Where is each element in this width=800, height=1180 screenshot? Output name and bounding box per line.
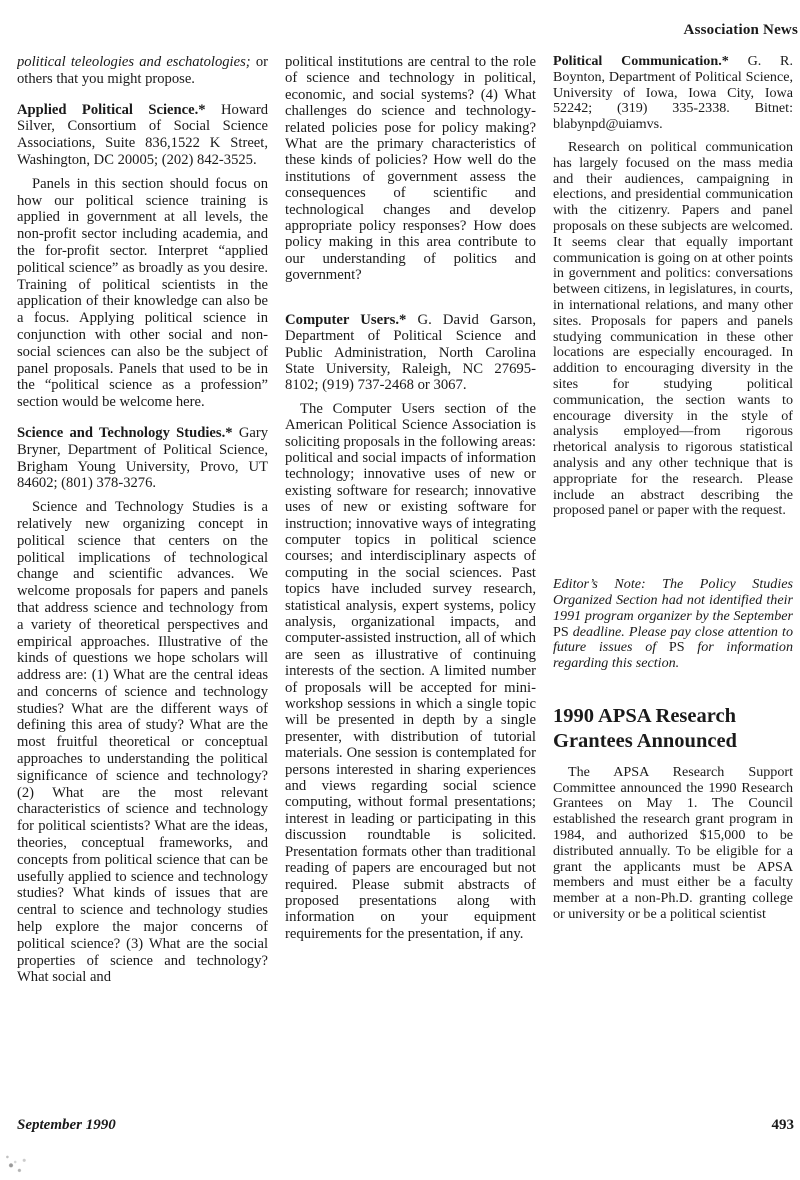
editors-note-text: Editor’s Note: The Policy Studies Organi… bbox=[553, 576, 793, 624]
scan-artifact bbox=[2, 1148, 32, 1176]
columns: political teleologies and eschatologies;… bbox=[17, 54, 793, 1112]
section-heading-political-communication: Political Communication.* G. R. Boynton,… bbox=[553, 54, 793, 133]
article-body: The APSA Research Support Committee anno… bbox=[553, 765, 793, 923]
journal-page: Association News political teleologies a… bbox=[0, 0, 800, 1180]
footer-page-number: 493 bbox=[772, 1117, 795, 1134]
section-title: Political Communication.* bbox=[553, 54, 729, 69]
editors-note: Editor’s Note: The Policy Studies Organi… bbox=[553, 577, 793, 672]
article-title: 1990 APSA Research Grantees Announced bbox=[553, 704, 793, 754]
applied-political-science-body: Panels in this section should focus on h… bbox=[17, 176, 268, 411]
section-title: Computer Users.* bbox=[285, 312, 406, 328]
science-technology-continued-body: political institutions are central to th… bbox=[285, 54, 536, 284]
political-communication-body: Research on political communication has … bbox=[553, 140, 793, 519]
section-heading-computer-users: Computer Users.* G. David Garson, Depart… bbox=[285, 312, 536, 394]
section-title: Applied Political Science.* bbox=[17, 102, 206, 118]
column-right: Political Communication.* G. R. Boynton,… bbox=[553, 54, 793, 1112]
column-left: political teleologies and eschatologies;… bbox=[17, 54, 268, 1112]
section-heading-science-technology-studies: Science and Technology Studies.* Gary Br… bbox=[17, 425, 268, 492]
journal-abbrev: PS bbox=[553, 624, 569, 640]
section-title: Science and Technology Studies.* bbox=[17, 425, 233, 441]
section-heading-applied-political-science: Applied Political Science.* Howard Silve… bbox=[17, 102, 268, 169]
intro-italic-text: political teleologies and eschatologies; bbox=[17, 54, 251, 70]
column-middle: political institutions are central to th… bbox=[285, 54, 536, 1112]
computer-users-body: The Computer Users section of the Americ… bbox=[285, 401, 536, 942]
footer-issue-date: September 1990 bbox=[17, 1117, 116, 1134]
science-technology-studies-body: Science and Technology Studies is a rela… bbox=[17, 499, 268, 986]
journal-abbrev: PS bbox=[669, 639, 685, 655]
running-head: Association News bbox=[684, 22, 798, 39]
intro-paragraph: political teleologies and eschatologies;… bbox=[17, 54, 268, 88]
